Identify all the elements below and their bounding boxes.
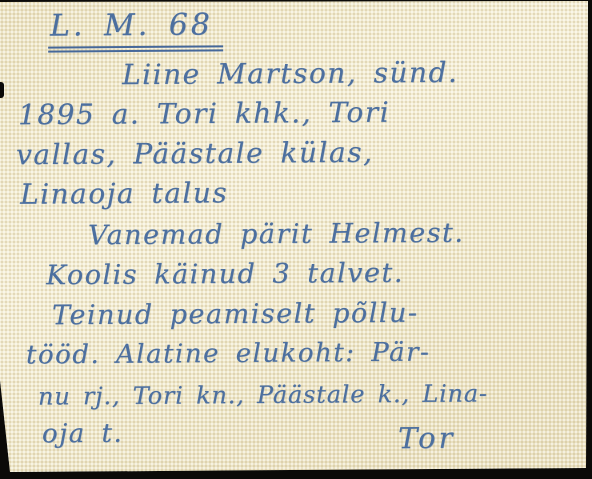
handwriting-line-work-1: Teinud peamiselt põllu-: [52, 298, 419, 332]
handwriting-line-farm: Linaoja talus: [20, 176, 228, 210]
scanned-index-card: L. M. 68 Liine Martson, sünd. 1895 a. To…: [0, 0, 592, 479]
handwriting-line-school: Koolis käinud 3 talvet.: [46, 258, 404, 291]
handwriting-line-address-1: nu rj., Tori kn., Päästale k., Lina-: [38, 379, 488, 410]
scan-edge-notch: [0, 82, 4, 98]
handwriting-line-parish: vallas, Päästale külas,: [16, 136, 374, 171]
handwriting-line-birthyear: 1895 a. Tori khk., Tori: [18, 96, 390, 132]
card-number: L. M. 68: [48, 7, 223, 52]
handwriting-line-parents: Vanemad pärit Helmest.: [88, 218, 465, 252]
index-card-paper: L. M. 68 Liine Martson, sünd. 1895 a. To…: [0, 0, 592, 479]
handwriting-line-address-2: oja t.: [42, 419, 123, 450]
signature: Tor: [398, 421, 456, 455]
handwriting-line-work-2: tööd. Alatine elukoht: Pär-: [26, 338, 430, 371]
handwriting-line-name: Liine Martson, sünd.: [122, 56, 459, 91]
